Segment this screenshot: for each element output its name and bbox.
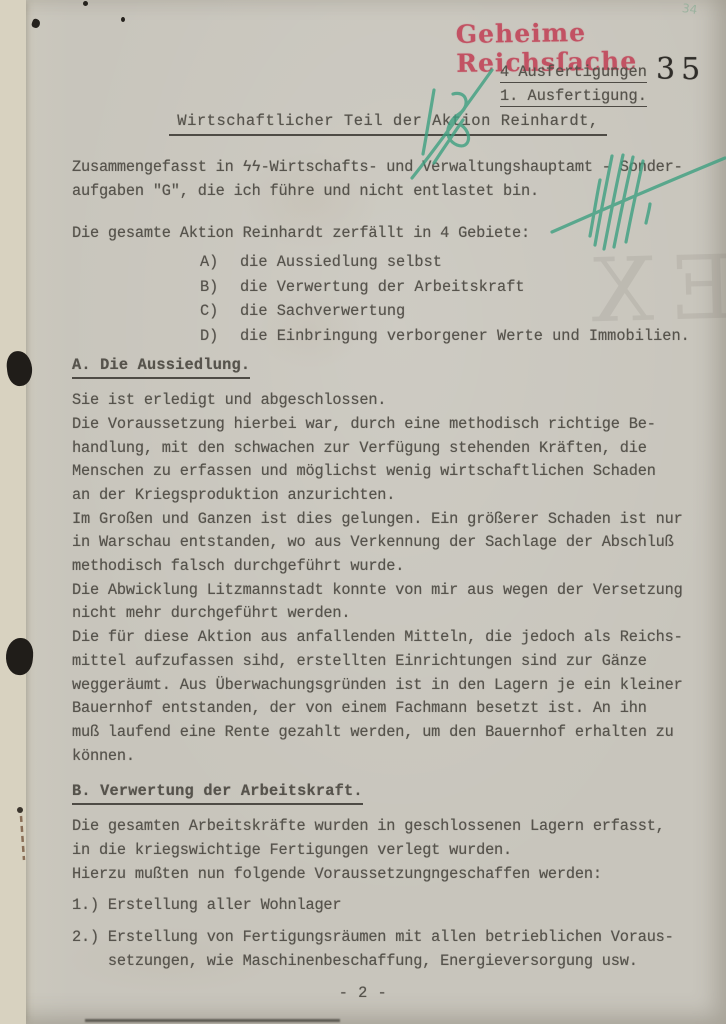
intro-line: Zusammengefasst in ϟϟ-Wirtschafts- und V…: [72, 156, 704, 180]
text-line: Die Abwicklung Litzmannstadt konnte von …: [72, 579, 704, 603]
text-line: mittel aufzufassen sihd, erstellten Einr…: [72, 650, 704, 674]
section-b-paragraph: Die gesamten Arbeitskräfte wurden in ges…: [72, 815, 704, 886]
numbered-item: 2.) Erstellung von Fertigungsräumen mit …: [72, 926, 704, 950]
page-binding-edge: [0, 0, 26, 1024]
text-line: Sie ist erledigt und abgeschlossen.: [72, 389, 704, 413]
outline-item: B)die Verwertung der Arbeitskraft: [200, 275, 704, 300]
text-line: methodisch falsch durchgeführt wurde.: [72, 555, 704, 579]
outline-key: B): [200, 275, 240, 300]
text-line: in Warschau entstanden, wo aus Verkennun…: [72, 531, 704, 555]
copy-number-line: 1. Ausfertigung.: [500, 84, 647, 108]
outline-label: die Verwertung der Arbeitskraft: [240, 278, 525, 296]
page-bottom-shadow: [85, 1019, 340, 1022]
folio-number-stamp: 35: [656, 52, 706, 87]
ink-speck: [121, 17, 125, 22]
outline-item: C)die Sachverwertung: [200, 299, 704, 324]
page-number: - 2 -: [0, 984, 726, 1002]
outline-label: die Einbringung verborgener Werte und Im…: [240, 327, 690, 345]
ink-speck: [83, 1, 88, 6]
text-line: nicht mehr durchgeführt werden.: [72, 602, 704, 626]
outline-item: D)die Einbringung verborgener Werte und …: [200, 324, 704, 349]
outline-key: A): [200, 250, 240, 275]
text-line: können.: [72, 745, 704, 769]
text-line: Die für diese Aktion aus anfallenden Mit…: [72, 626, 704, 650]
text-line: Bauernhof entstanden, der von einem Fach…: [72, 697, 704, 721]
section-b-heading: B. Verwertung der Arbeitskraft.: [72, 782, 704, 805]
outline-list: A)die Aussiedlung selbst B)die Verwertun…: [200, 250, 704, 348]
text-line: Menschen zu erfassen und möglichst wenig…: [72, 460, 704, 484]
copy-info: 4 Ausfertigungen 1. Ausfertigung.: [500, 60, 647, 108]
section-a-heading: A. Die Aussiedlung.: [72, 356, 704, 379]
text-column: Wirtschaftlicher Teil der Aktion Reinhar…: [72, 112, 704, 974]
section-a-heading-text: A. Die Aussiedlung.: [72, 356, 250, 379]
text-line: in die kriegswichtige Fertigungen verleg…: [72, 839, 704, 863]
document-title: Wirtschaftlicher Teil der Aktion Reinhar…: [72, 112, 704, 136]
numbered-item-continuation: setzungen, wie Maschinenbeschaffung, Ene…: [72, 950, 704, 974]
ink-speck: [31, 18, 42, 29]
outline-key: C): [200, 299, 240, 324]
outline-key: D): [200, 324, 240, 349]
lead-line: Die gesamte Aktion Reinhardt zerfällt in…: [72, 222, 704, 246]
text-line: Die gesamten Arbeitskräfte wurden in ges…: [72, 815, 704, 839]
intro-line: aufgaben "G", die ich führe und nicht en…: [72, 180, 704, 204]
numbered-item: 1.) Erstellung aller Wohnlager: [72, 894, 704, 918]
document-title-text: Wirtschaftlicher Teil der Aktion Reinhar…: [169, 112, 606, 136]
outline-label: die Sachverwertung: [240, 302, 405, 320]
text-line: Die Voraussetzung hierbei war, durch ein…: [72, 413, 704, 437]
text-line: handlung, mit den schwachen zur Verfügun…: [72, 437, 704, 461]
document-page: EX Geheime Reichsſache 4 Ausfertigungen …: [0, 0, 726, 1024]
section-a-paragraph: Sie ist erledigt und abgeschlossen. Die …: [72, 389, 704, 768]
text-line: Hierzu mußten nun folgende Voraussetzung…: [72, 863, 704, 887]
text-line: an der Kriegsproduktion anzurichten.: [72, 484, 704, 508]
copy-count-line: 4 Ausfertigungen: [500, 60, 647, 84]
section-b-heading-text: B. Verwertung der Arbeitskraft.: [72, 782, 363, 805]
outline-label: die Aussiedlung selbst: [240, 253, 442, 271]
outline-item: A)die Aussiedlung selbst: [200, 250, 704, 275]
text-line: Im Großen und Ganzen ist dies gelungen. …: [72, 508, 704, 532]
text-line: weggeräumt. Aus Überwachungsgründen ist …: [72, 674, 704, 698]
corner-pencil-number: 34: [681, 1, 698, 17]
text-line: muß laufend eine Rente gezahlt werden, u…: [72, 721, 704, 745]
